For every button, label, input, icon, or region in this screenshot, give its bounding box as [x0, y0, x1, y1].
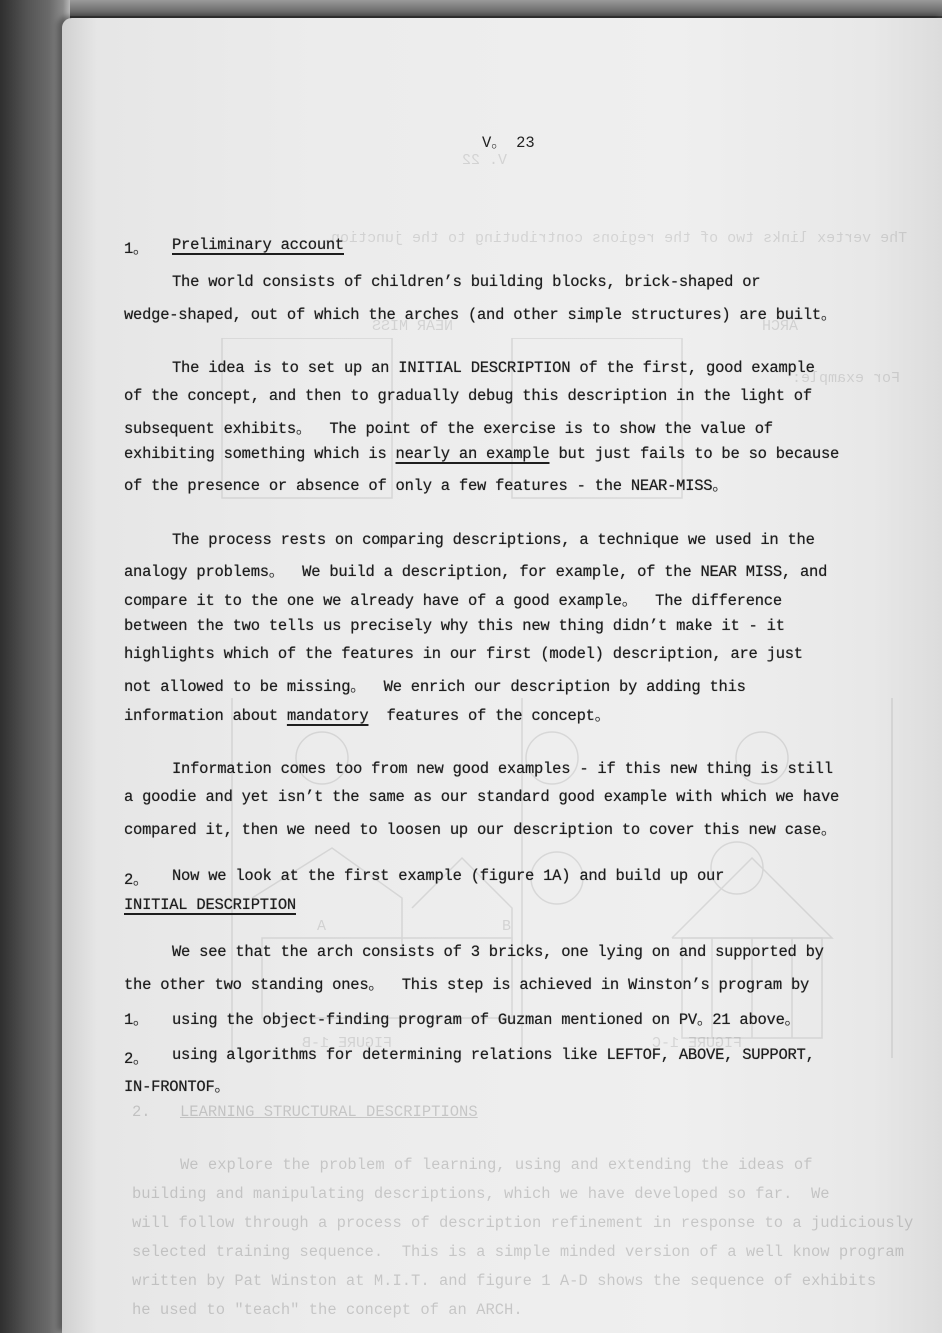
- paragraph-line: analogy problems。 We build a description…: [124, 559, 827, 581]
- section2-heading: INITIAL DESCRIPTION: [124, 896, 296, 914]
- scan-top-edge: [0, 0, 942, 16]
- paragraph-line: exhibiting something which is nearly an …: [124, 445, 839, 463]
- paragraph-line: of the concept, and then to gradually de…: [124, 387, 812, 405]
- section2-number: 2。: [124, 867, 148, 889]
- ghost-top-line: The vertex links two of the regions cont…: [322, 230, 907, 247]
- ghost-heading: LEARNING STRUCTURAL DESCRIPTIONS: [180, 1103, 478, 1121]
- text-run: but just fails to be so because: [549, 445, 839, 463]
- section1-heading: Preliminary account: [172, 236, 344, 254]
- paragraph-line: of the presence or absence of only a few…: [124, 473, 728, 495]
- paragraph-line: information about mandatory features of …: [124, 703, 610, 725]
- paragraph-line: The world consists of children’s buildin…: [172, 273, 760, 291]
- text-run: information about: [124, 707, 287, 725]
- section1-number: 1。: [124, 236, 148, 258]
- paragraph-line: a goodie and yet isn’t the same as our s…: [124, 788, 839, 806]
- page-number: V。 23: [482, 130, 535, 152]
- paragraph-line: not allowed to be missing。 We enrich our…: [124, 674, 746, 696]
- step-text: using the object-finding program of Guzm…: [172, 1007, 800, 1029]
- paragraph-line: The process rests on comparing descripti…: [172, 531, 815, 549]
- step-number: 2。: [124, 1046, 148, 1068]
- ghost-line: selected training sequence. This is a si…: [132, 1243, 904, 1261]
- ghost-line: written by Pat Winston at M.I.T. and fig…: [132, 1272, 876, 1290]
- ghost-heading-text: LEARNING STRUCTURAL DESCRIPTIONS: [180, 1103, 478, 1121]
- step-number: 1。: [124, 1007, 148, 1029]
- ghost-line: We explore the problem of learning, usin…: [180, 1156, 813, 1174]
- paragraph-line: Now we look at the first example (figure…: [172, 867, 724, 885]
- emphasis-mandatory: mandatory: [287, 707, 368, 725]
- text-run: features of the concept。: [368, 707, 610, 725]
- binder-shadow: [0, 0, 70, 1333]
- paragraph-line: the other two standing ones。 This step i…: [124, 972, 809, 994]
- ghost-line: he used to "teach" the concept of an ARC…: [132, 1301, 523, 1319]
- step-text: using algorithms for determining relatio…: [172, 1046, 815, 1064]
- paragraph-line: compare it to the one we already have of…: [124, 588, 782, 610]
- ghost-line: building and manipulating descriptions, …: [132, 1185, 830, 1203]
- paragraph-line: The idea is to set up an INITIAL DESCRIP…: [172, 359, 815, 377]
- paragraph-line: compared it, then we need to loosen up o…: [124, 817, 836, 839]
- paragraph-line: Information comes too from new good exam…: [172, 760, 833, 778]
- ghost-page-ref: V. 22: [462, 152, 507, 169]
- paragraph-line: between the two tells us precisely why t…: [124, 617, 785, 635]
- paragraph-line: highlights which of the features in our …: [124, 645, 803, 663]
- paragraph-line: subsequent exhibits。 The point of the ex…: [124, 416, 773, 438]
- paragraph-line: wedge-shaped, out of which the arches (a…: [124, 302, 836, 324]
- ghost-line: will follow through a process of descrip…: [132, 1214, 913, 1232]
- paragraph-line: We see that the arch consists of 3 brick…: [172, 943, 824, 961]
- text-run: exhibiting something which is: [124, 445, 396, 463]
- emphasis-nearly-an-example: nearly an example: [396, 445, 550, 463]
- step-continuation: IN-FRONTOF。: [124, 1074, 230, 1096]
- ghost-heading-num: 2.: [132, 1103, 151, 1121]
